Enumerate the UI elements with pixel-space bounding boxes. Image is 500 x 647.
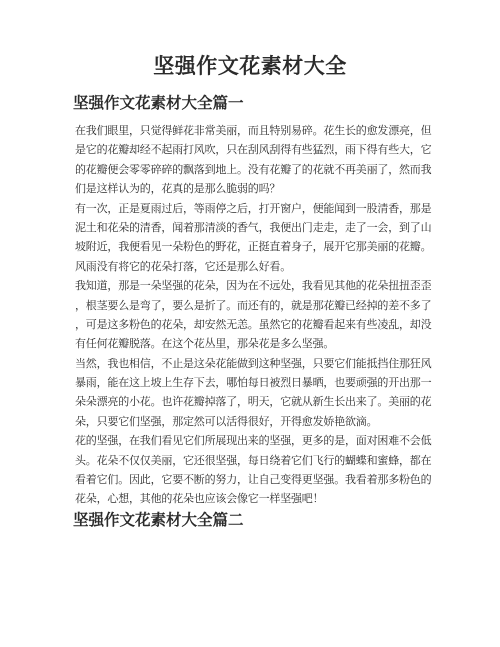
text-line: 是它的花瓣却经不起雨打风吹，只在刮风刮得有些猛烈，雨下得有些大，它 <box>75 141 445 160</box>
paragraph: 我知道，那是一朵坚强的花朵，因为在不远处，我看见其他的花朵扭扭歪歪，根茎要么是弯… <box>75 277 445 355</box>
text-line: 泥土和花朵的清香，闻着那清淡的香气，我便出门走走，走了一会，到了山 <box>75 219 445 238</box>
document-title: 坚强作文花素材大全 <box>0 52 500 80</box>
text-line: 有一次，正是夏雨过后，等雨停之后，打开窗户，便能闻到一股清香，那是 <box>75 200 445 219</box>
text-line: 风雨没有将它的花朵打落，它还是那么好看。 <box>75 258 445 277</box>
text-line: ，根茎要么是弯了，要么是折了。而还有的，就是那花瓣已经掉的差不多了 <box>75 297 445 316</box>
text-line: 头。花朵不仅仅美丽，它还很坚强，每日绕着它们飞行的蝴蝶和蜜蜂，都在 <box>75 452 445 471</box>
text-line: 朵，只要它们坚强，那定然可以活得很好，开得愈发娇艳欲滴。 <box>75 413 445 432</box>
text-line: 朵朵漂亮的小花。也许花瓣掉落了，明天，它就从新生长出来了。美丽的花 <box>75 393 445 412</box>
paragraph: 在我们眼里，只觉得鲜花非常美丽，而且特别易碎。花生长的愈发漂亮，但是它的花瓣却经… <box>75 122 445 200</box>
text-line: 当然，我也相信，不止是这朵花能做到这种坚强，只要它们能抵挡住那狂风 <box>75 355 445 374</box>
text-line: 花的坚强，在我们看见它们所展现出来的坚强，更多的是，面对困难不会低 <box>75 432 445 451</box>
text-line: 看着它们。因此，它要不断的努力，让自己变得更坚强。我看着那多粉色的 <box>75 471 445 490</box>
document-body: 在我们眼里，只觉得鲜花非常美丽，而且特别易碎。花生长的愈发漂亮，但是它的花瓣却经… <box>75 122 445 510</box>
document-page: 坚强作文花素材大全 坚强作文花素材大全篇一 在我们眼里，只觉得鲜花非常美丽，而且… <box>0 0 500 647</box>
text-line: 我知道，那是一朵坚强的花朵，因为在不远处，我看见其他的花朵扭扭歪歪 <box>75 277 445 296</box>
text-line: 有任何花瓣脱落。在这个花丛里，那朵花是多么坚强。 <box>75 335 445 354</box>
text-line: 花朵，心想，其他的花朵也应该会像它一样坚强吧！ <box>75 490 445 509</box>
text-line: 坡附近，我便看见一朵粉色的野花，正挺直着身子，展开它那美丽的花瓣。 <box>75 238 445 257</box>
paragraph: 花的坚强，在我们看见它们所展现出来的坚强，更多的是，面对困难不会低头。花朵不仅仅… <box>75 432 445 510</box>
text-line: 们是这样认为的，花真的是那么脆弱的吗？ <box>75 180 445 199</box>
text-line: 在我们眼里，只觉得鲜花非常美丽，而且特别易碎。花生长的愈发漂亮，但 <box>75 122 445 141</box>
section-heading-1: 坚强作文花素材大全篇一 <box>73 94 500 114</box>
text-line: ，可是这多粉色的花朵，却安然无恙。虽然它的花瓣看起来有些凌乱，却没 <box>75 316 445 335</box>
text-line: 的花瓣便会零零碎碎的飘落到地上。没有花瓣了的花就不再美丽了，然而我 <box>75 161 445 180</box>
paragraph: 有一次，正是夏雨过后，等雨停之后，打开窗户，便能闻到一股清香，那是泥土和花朵的清… <box>75 200 445 278</box>
section-heading-2: 坚强作文花素材大全篇二 <box>73 511 500 531</box>
paragraph: 当然，我也相信，不止是这朵花能做到这种坚强，只要它们能抵挡住那狂风暴雨，能在这上… <box>75 355 445 433</box>
text-line: 暴雨，能在这上坡上生存下去，哪怕每日被烈日暴晒，也要顽强的开出那一 <box>75 374 445 393</box>
